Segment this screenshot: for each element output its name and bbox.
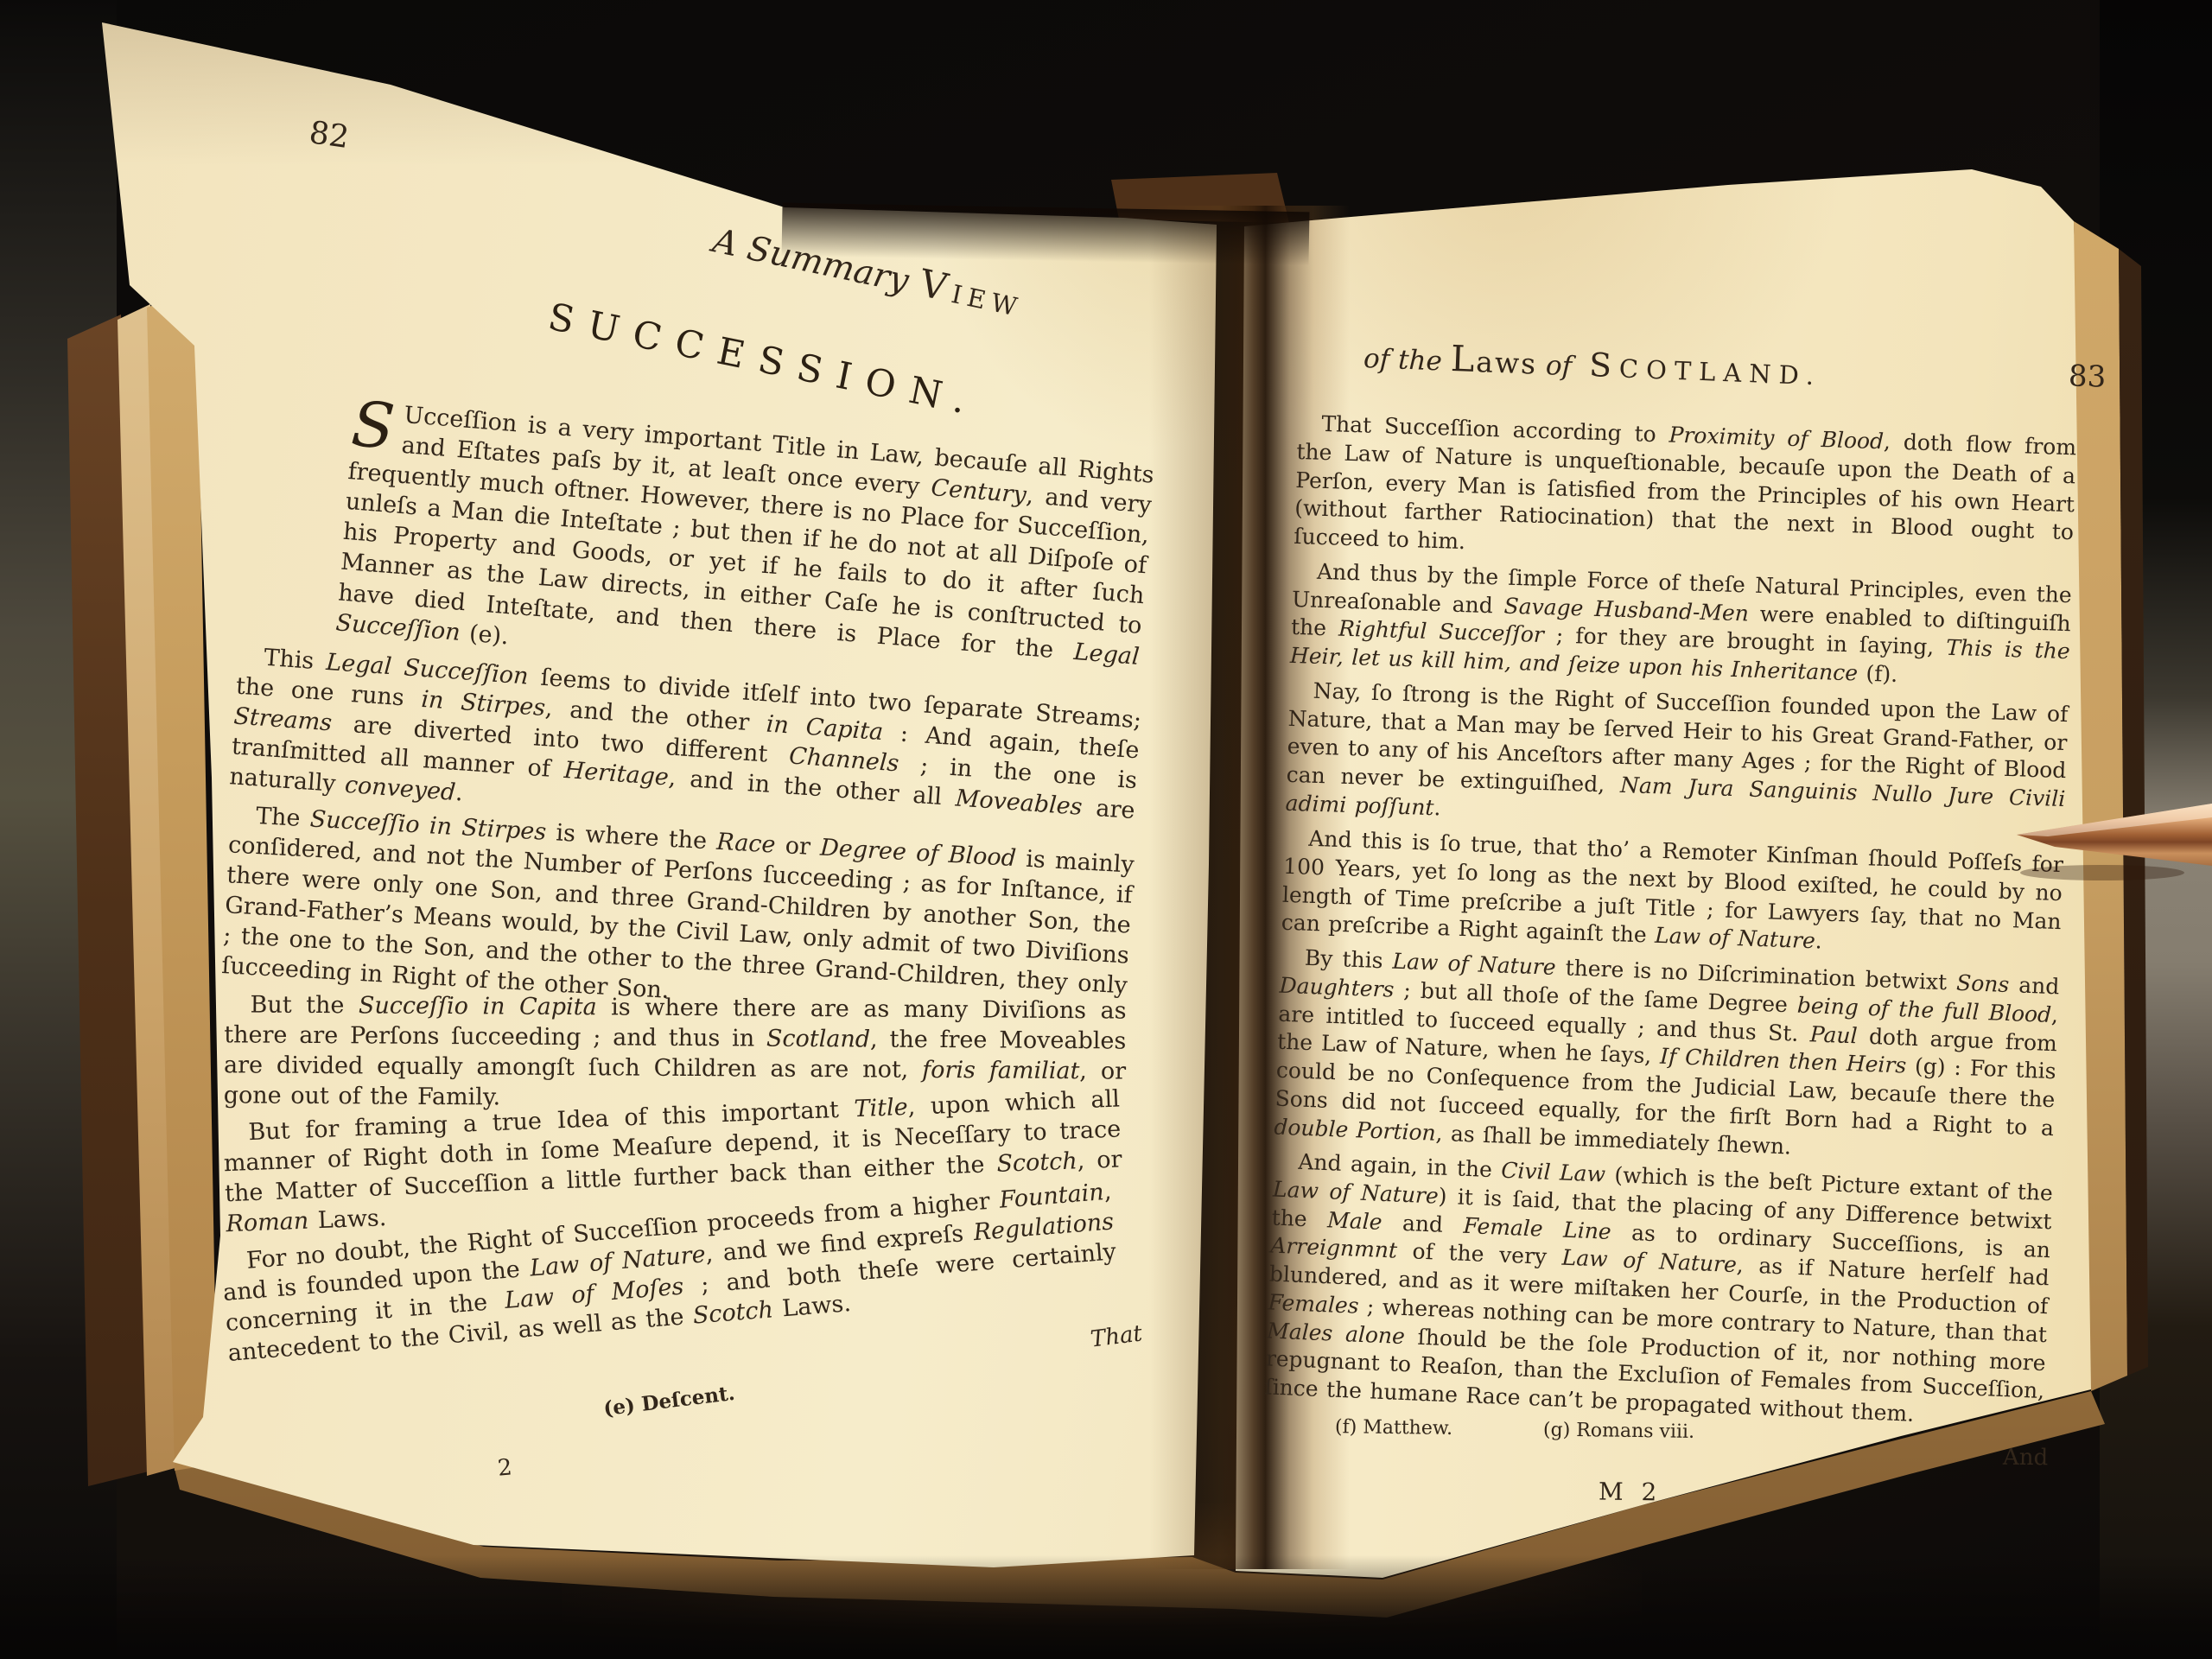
left-signature-mark: 2 bbox=[497, 1454, 513, 1481]
paragraph: And again, in the Civil Law (which is th… bbox=[1264, 1147, 2054, 1433]
running-header-italic: of bbox=[1545, 350, 1573, 382]
paragraph: By this Law of Nature there is no Diſcri… bbox=[1274, 943, 2060, 1171]
paragraph-text: Ucceſſion is a very important Title in L… bbox=[334, 402, 1154, 671]
paragraph: That Succeſſion according to Proximity o… bbox=[1294, 410, 2077, 575]
left-page-number: 82 bbox=[307, 115, 351, 156]
footnote-g: (g) Romans viii. bbox=[1543, 1419, 1694, 1442]
metal-pointer-icon bbox=[2003, 793, 2212, 897]
running-header-laws: Laws bbox=[1450, 338, 1538, 383]
drop-cap: S bbox=[350, 399, 397, 451]
footnote-f: (f) Matthew. bbox=[1335, 1416, 1452, 1440]
running-header-scotland: SCOTLAND. bbox=[1588, 346, 1822, 392]
pointer-shadow bbox=[2020, 865, 2184, 880]
paragraph: And this is ſo true, that tho’ a Remoter… bbox=[1281, 823, 2063, 963]
right-page-text-block: That Succeſſion according to Proximity o… bbox=[1267, 410, 2077, 1432]
background-bottom-vignette bbox=[0, 1555, 2212, 1659]
photo-open-antique-book: 82 A SummaryVIEW SUCCESSION. SUcceſſion … bbox=[0, 0, 2212, 1659]
paragraph: Nay, ſo ſtrong is the Right of Succeſſio… bbox=[1285, 677, 2069, 842]
right-signature-mark: M 2 bbox=[1599, 1477, 1662, 1506]
left-page-text-block: SUcceſſion is a very important Title in … bbox=[200, 391, 1156, 1423]
running-header-italic: of the bbox=[1363, 343, 1442, 377]
paragraph: And thus by the ſimple Force of theſe Na… bbox=[1290, 557, 2073, 695]
right-page-number: 83 bbox=[2068, 359, 2107, 394]
right-catchword: And bbox=[2003, 1445, 2048, 1471]
